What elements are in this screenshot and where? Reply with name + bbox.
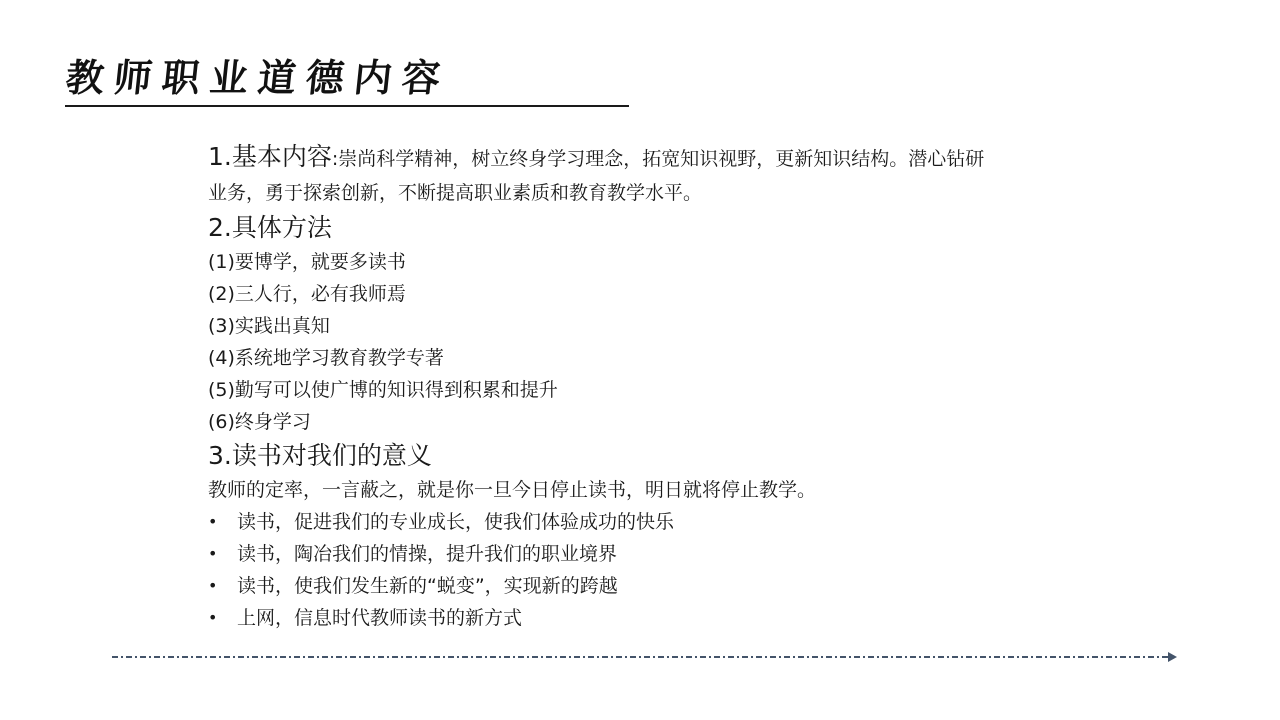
bullet-icon: • — [208, 506, 237, 538]
methods-heading: 2.具体方法 — [208, 210, 1088, 246]
method-item: (6)终身学习 — [208, 406, 1088, 438]
slide-title: 教师职业道德内容 — [63, 52, 452, 104]
bullet-item: • 读书，使我们发生新的“蜕变”，实现新的跨越 — [208, 570, 1088, 602]
method-item: (5)勤写可以使广博的知识得到积累和提升 — [208, 374, 1088, 406]
basic-content-text-continued: 业务，勇于探索创新，不断提高职业素质和教育教学水平。 — [208, 182, 702, 204]
method-item: (2)三人行，必有我师焉 — [208, 278, 1088, 310]
bullet-text: 读书，促进我们的专业成长，使我们体验成功的快乐 — [237, 506, 674, 538]
method-item: (4)系统地学习教育教学专著 — [208, 342, 1088, 374]
bullet-text: 读书，陶冶我们的情操，提升我们的职业境界 — [237, 538, 617, 570]
meaning-intro: 教师的定率，一言蔽之，就是你一旦今日停止读书，明日就将停止教学。 — [208, 474, 1088, 506]
bullet-item: • 读书，陶冶我们的情操，提升我们的职业境界 — [208, 538, 1088, 570]
basic-content-text: :崇尚科学精神，树立终身学习理念，拓宽知识视野，更新知识结构。潜心钻研 — [332, 148, 984, 170]
bullet-text: 读书，使我们发生新的“蜕变”，实现新的跨越 — [237, 570, 618, 602]
bullet-text: 上网，信息时代教师读书的新方式 — [237, 602, 522, 634]
methods-list: (1)要博学，就要多读书 (2)三人行，必有我师焉 (3)实践出真知 (4)系统… — [208, 246, 1088, 438]
bullet-icon: • — [208, 602, 237, 634]
method-item: (1)要博学，就要多读书 — [208, 246, 1088, 278]
basic-content-paragraph: 1.基本内容:崇尚科学精神，树立终身学习理念，拓宽知识视野，更新知识结构。潜心钻… — [208, 140, 1078, 210]
content-body: 1.基本内容:崇尚科学精神，树立终身学习理念，拓宽知识视野，更新知识结构。潜心钻… — [208, 140, 1088, 634]
arrow-right-icon — [1168, 652, 1177, 662]
meaning-heading: 3.读书对我们的意义 — [208, 438, 1088, 474]
bullet-item: • 上网，信息时代教师读书的新方式 — [208, 602, 1088, 634]
bullet-icon: • — [208, 570, 237, 602]
bullet-icon: • — [208, 538, 237, 570]
bullet-item: • 读书，促进我们的专业成长，使我们体验成功的快乐 — [208, 506, 1088, 538]
title-underline — [65, 105, 629, 107]
basic-content-heading: 1.基本内容 — [208, 142, 332, 171]
meaning-bullet-list: • 读书，促进我们的专业成长，使我们体验成功的快乐 • 读书，陶冶我们的情操，提… — [208, 506, 1088, 634]
dash-dot-divider-line — [112, 656, 1168, 658]
method-item: (3)实践出真知 — [208, 310, 1088, 342]
